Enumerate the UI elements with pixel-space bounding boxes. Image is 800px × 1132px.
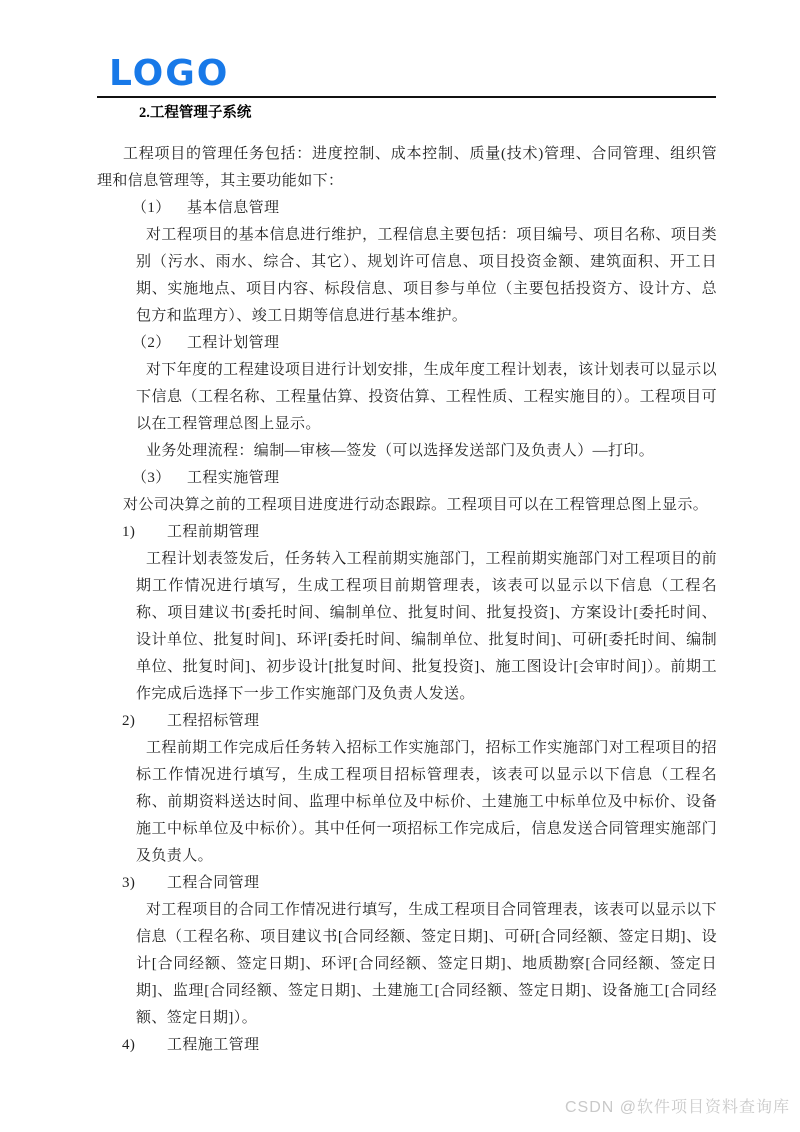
section-2-number: （2） <box>132 330 187 357</box>
section-1-label: 基本信息管理 <box>187 200 279 216</box>
section-3-description: 对公司决算之前的工程项目进度进行动态跟踪。工程项目可以在工程管理总图上显示。 <box>97 492 717 519</box>
subsection-3-number: 3) <box>122 870 167 897</box>
section-1-description: 对工程项目的基本信息进行维护，工程信息主要包括：项目编号、项目名称、项目类别（污… <box>136 222 717 330</box>
section-3-number: （3） <box>132 465 187 492</box>
section-2-label: 工程计划管理 <box>187 335 279 351</box>
subsection-1-number: 1) <box>122 519 167 546</box>
intro-paragraph: 工程项目的管理任务包括：进度控制、成本控制、质量(技术)管理、合同管理、组织管理… <box>97 141 717 195</box>
section-3-label: 工程实施管理 <box>187 470 279 486</box>
section-1-heading: （1）基本信息管理 <box>132 195 717 222</box>
subsection-1-description: 工程计划表签发后，任务转入工程前期实施部门，工程前期实施部门对工程项目的前期工作… <box>136 546 717 708</box>
subsection-2-description: 工程前期工作完成后任务转入招标工作实施部门，招标工作实施部门对工程项目的招标工作… <box>136 735 717 870</box>
section-2-workflow: 业务处理流程：编制—审核—签发（可以选择发送部门及负责人）—打印。 <box>136 438 717 465</box>
subsection-3-label: 工程合同管理 <box>167 875 259 891</box>
subsection-2-heading: 2)工程招标管理 <box>122 708 717 735</box>
subsection-1-label: 工程前期管理 <box>167 524 259 540</box>
subsection-4-number: 4) <box>122 1032 167 1059</box>
subsection-2-label: 工程招标管理 <box>167 713 259 729</box>
section-2-heading: （2）工程计划管理 <box>132 330 717 357</box>
subsection-2-number: 2) <box>122 708 167 735</box>
subsection-3-description: 对工程项目的合同工作情况进行填写，生成工程项目合同管理表，该表可以显示以下信息（… <box>136 897 717 1032</box>
company-logo: LOGO <box>109 56 229 92</box>
header-divider <box>97 96 716 98</box>
subsection-3-heading: 3)工程合同管理 <box>122 870 717 897</box>
subsection-4-label: 工程施工管理 <box>167 1037 259 1053</box>
subsection-1-heading: 1)工程前期管理 <box>122 519 717 546</box>
section-3-heading: （3）工程实施管理 <box>132 465 717 492</box>
document-body: 工程项目的管理任务包括：进度控制、成本控制、质量(技术)管理、合同管理、组织管理… <box>97 141 717 1059</box>
csdn-watermark: CSDN @软件项目资料查询库 <box>565 1094 790 1117</box>
section-1-number: （1） <box>132 195 187 222</box>
subsection-4-heading: 4)工程施工管理 <box>122 1032 717 1059</box>
page-title: 2.工程管理子系统 <box>139 101 251 122</box>
document-page: { "theme": { "logo_color": "#1879e8", "r… <box>0 0 800 1132</box>
section-2-description: 对下年度的工程建设项目进行计划安排，生成年度工程计划表，该计划表可以显示以下信息… <box>136 357 717 438</box>
